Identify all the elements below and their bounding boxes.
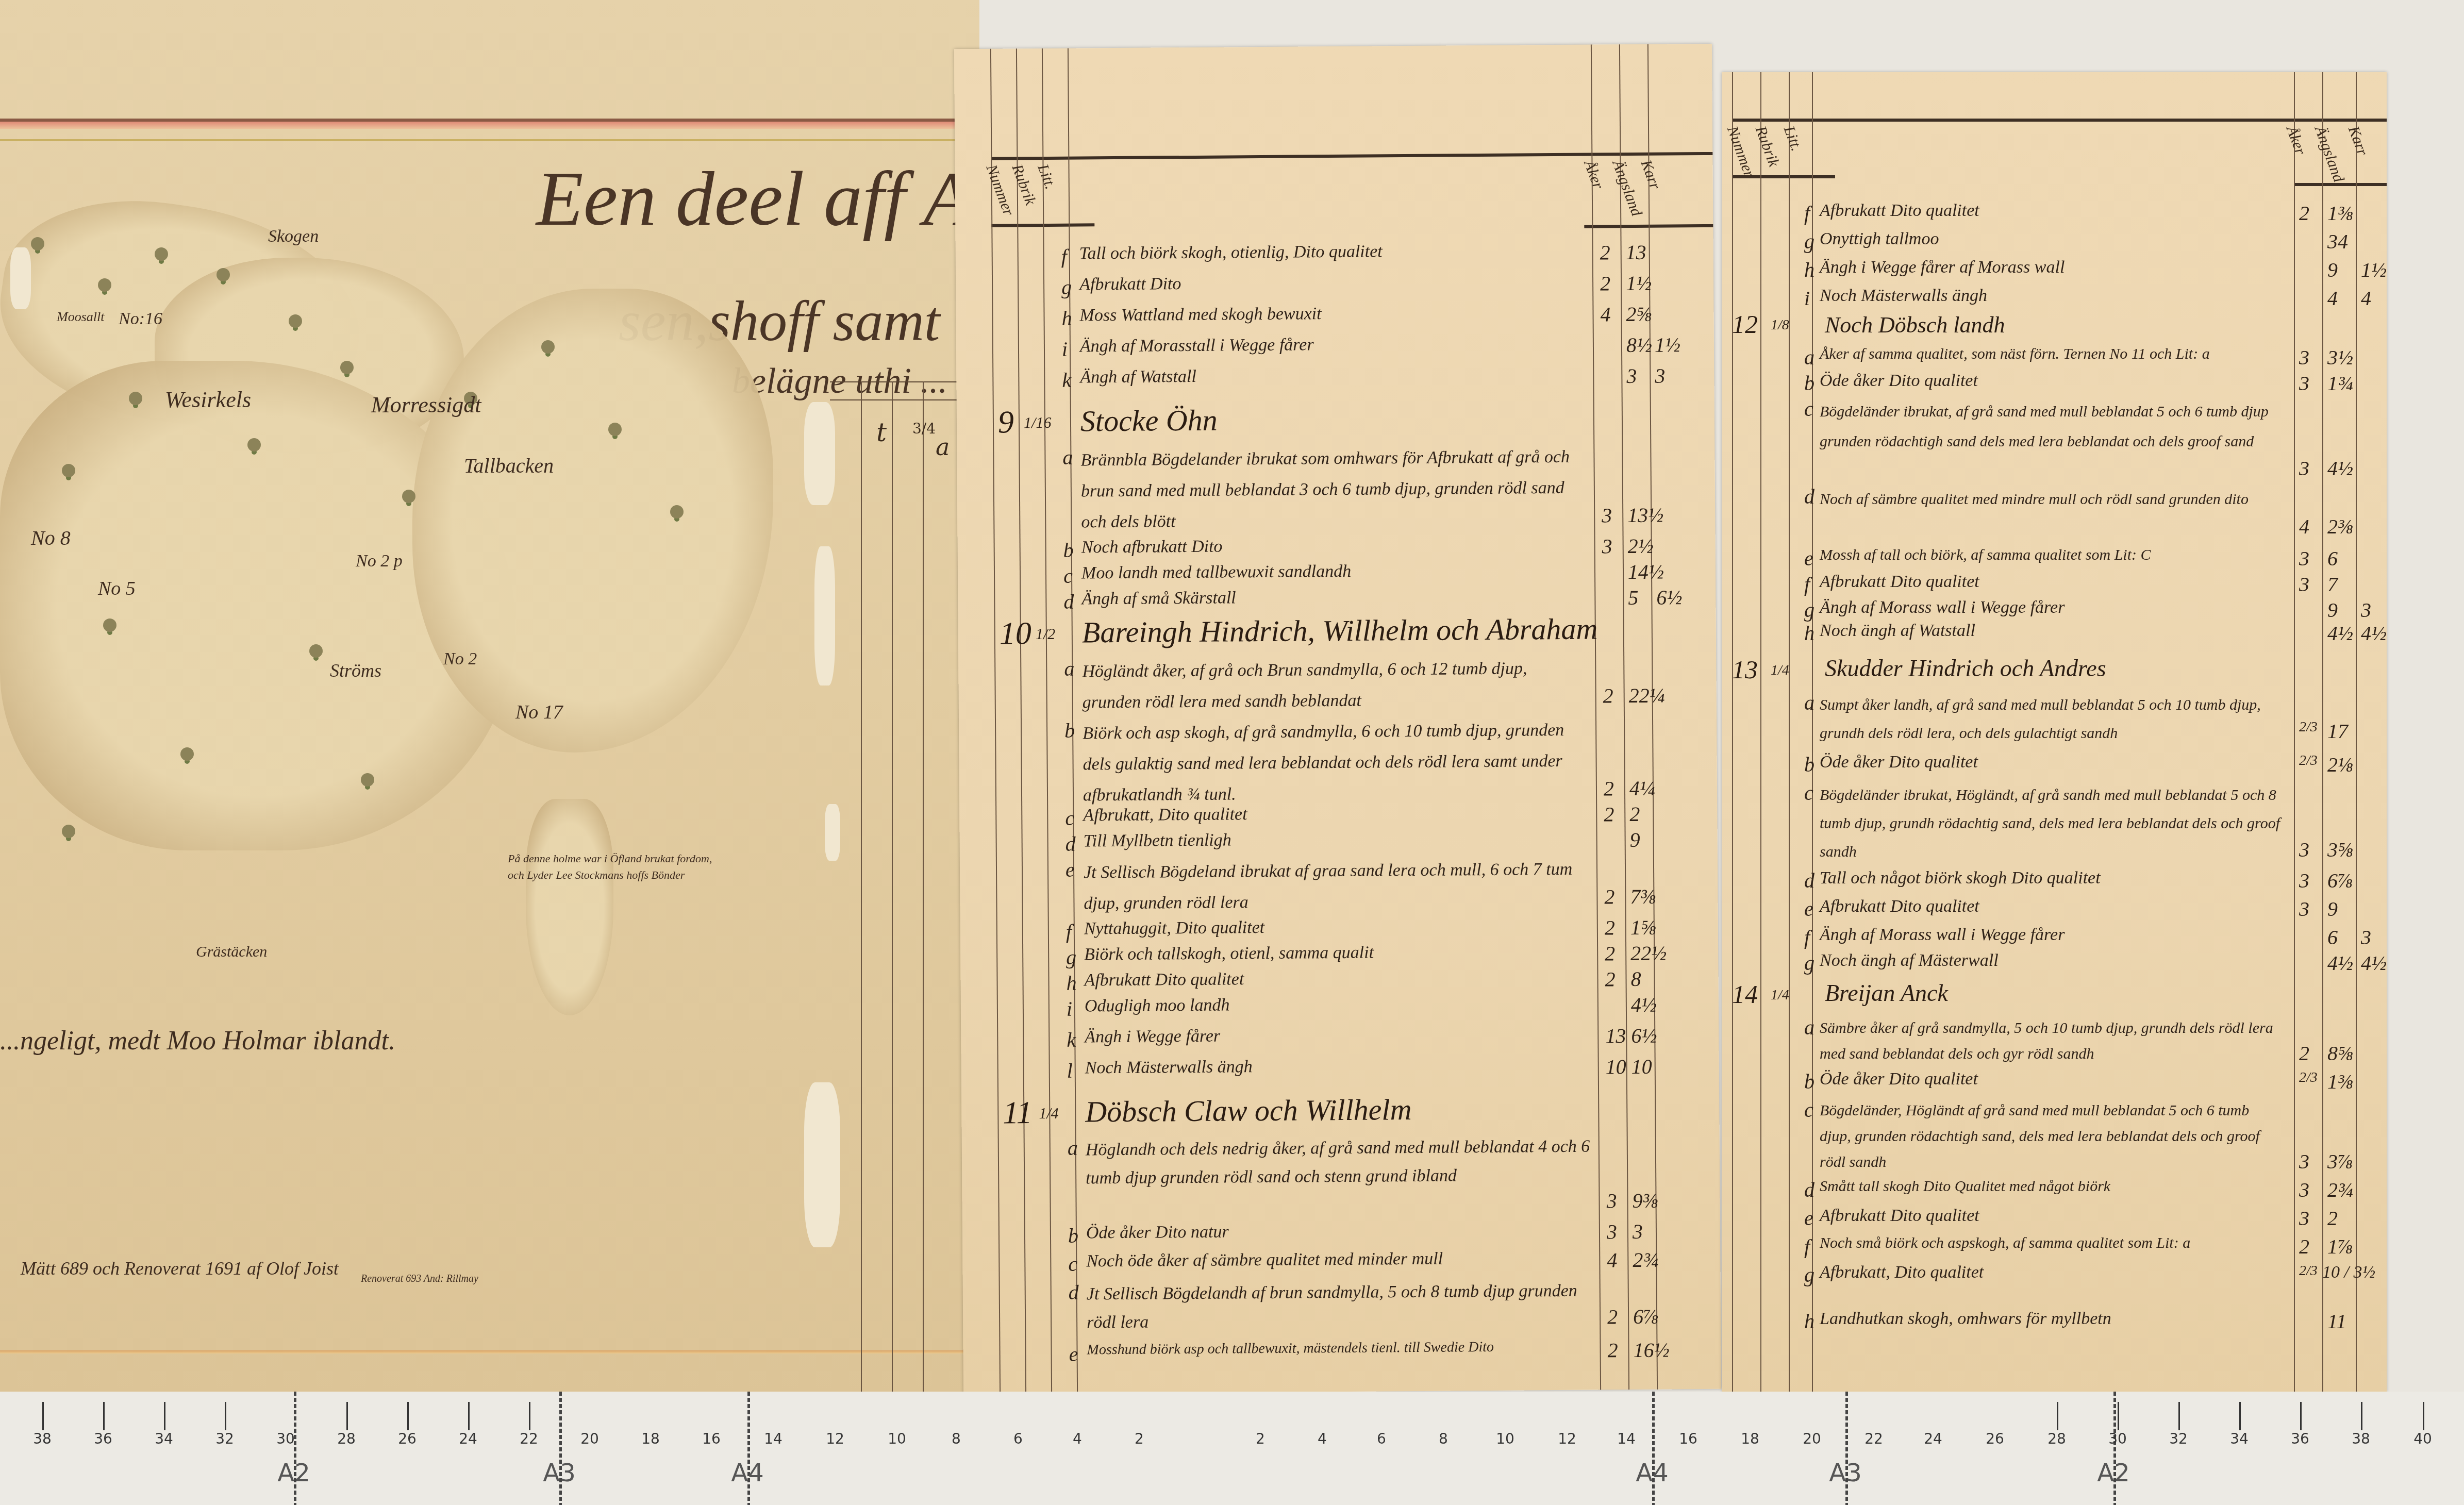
column-line [1042, 48, 1052, 1394]
ruler-number: 32 [2169, 1430, 2188, 1447]
column-header: Ängsland [2311, 124, 2348, 185]
ruler-format-mark [559, 1392, 562, 1505]
ruler-tick [2178, 1402, 2180, 1430]
tree-icon [62, 464, 75, 477]
column-header: Litt. [1034, 162, 1059, 192]
map-label: No:16 [119, 309, 162, 329]
map-sheet: Een deel aff Aust... sen,shoff samt G...… [0, 0, 979, 1392]
map-label: Grästäcken [196, 943, 267, 961]
ruler-number: 12 [1558, 1430, 1576, 1447]
paper-tear [804, 1082, 840, 1247]
ruler-number: 2 [1256, 1430, 1265, 1447]
ruler-tick [407, 1402, 409, 1430]
ruler-tick [225, 1402, 226, 1430]
ruler-number: 4 [1318, 1430, 1327, 1447]
tree-icon [129, 392, 142, 405]
ruler-tick [2057, 1402, 2058, 1430]
column-header: Litt. [1780, 124, 1805, 154]
ruler-number: 38 [33, 1430, 52, 1447]
ruler-tick [529, 1402, 530, 1430]
ruler-number: 22 [520, 1430, 538, 1447]
ledger-sheet-right: Nummer Rubrik Litt. Åker Ängsland Karr f… [1722, 72, 2387, 1392]
column-header: Karr [2344, 124, 2371, 158]
ledger-sheet-left: Nummer Rubrik Litt. Åker Ängsland Karr f… [954, 44, 1721, 1394]
ruler-format-mark [294, 1392, 296, 1505]
parcel-fraction: 1/2 [1036, 626, 1056, 643]
tree-icon [402, 490, 415, 503]
ruler-number: 14 [764, 1430, 783, 1447]
map-label: Morressigdt [371, 392, 481, 418]
map-label: No 17 [515, 701, 563, 724]
ruler-number: 16 [1679, 1430, 1697, 1447]
header-rule [991, 152, 1712, 160]
column-line [1732, 72, 1733, 1392]
ruler-number: 40 [2413, 1430, 2432, 1447]
ruler-tick [103, 1402, 105, 1430]
column-line [2294, 72, 2295, 1392]
ruler-tick [2300, 1402, 2302, 1430]
ruler-number: 32 [215, 1430, 234, 1447]
tree-icon [340, 361, 354, 374]
parcel-fraction: 1/4 [1771, 662, 1789, 679]
tree-icon [62, 825, 75, 838]
map-label: No 5 [98, 577, 136, 600]
ruler-format-mark [2113, 1392, 2116, 1505]
owner-name: Stocke Öhn [1080, 403, 1218, 439]
column-header: Åker [2283, 124, 2309, 157]
tree-icon [541, 340, 555, 354]
ruler-tick [2423, 1402, 2424, 1430]
header-rule [1732, 119, 2387, 122]
inset-fraction: 3/4 [912, 420, 936, 437]
scanner-ruler: 38 36 34 32 30 28 26 24 22 20 18 16 14 1… [0, 1392, 2464, 1505]
ruler-number: 28 [337, 1430, 356, 1447]
column-line [1647, 44, 1658, 1390]
ruler-number: 34 [2230, 1430, 2249, 1447]
map-label: Moosallt [57, 309, 104, 325]
ruler-format-label: A3 [1829, 1459, 1861, 1487]
map-label: Skogen [268, 227, 319, 246]
owner-name: Skudder Hindrich och Andres [1825, 655, 2106, 682]
ruler-number: 2 [1135, 1430, 1144, 1447]
column-header: Karr [1637, 158, 1664, 192]
map-signature-note: Renoverat 693 And: Rillmay [361, 1273, 478, 1285]
inset-table-rule [830, 399, 974, 400]
parcel-fraction: 1/16 [1024, 414, 1052, 432]
ruler-number: 20 [1803, 1430, 1821, 1447]
ruler-number: 4 [1073, 1430, 1082, 1447]
inset-letter: a [936, 433, 950, 461]
ruler-number: 38 [2352, 1430, 2370, 1447]
ruler-number: 24 [459, 1430, 477, 1447]
ruler-number: 8 [952, 1430, 961, 1447]
map-annotation: På denne holme war i Öfland brukat fordo… [508, 850, 724, 883]
ruler-number: 28 [2047, 1430, 2066, 1447]
owner-name: Breijan Anck [1825, 979, 1948, 1007]
map-land-east [412, 289, 773, 752]
ruler-number: 36 [94, 1430, 112, 1447]
ruler-number: 30 [276, 1430, 295, 1447]
ruler-number: 6 [1377, 1430, 1386, 1447]
tree-icon [670, 505, 684, 519]
ruler-number: 24 [1924, 1430, 1942, 1447]
tree-icon [217, 268, 230, 281]
tree-icon [361, 773, 374, 787]
parcel-number: 12 [1732, 309, 1758, 339]
column-line [1016, 48, 1026, 1394]
ruler-number: 14 [1617, 1430, 1636, 1447]
paper-tear [10, 247, 31, 309]
tree-icon [98, 278, 111, 292]
ruler-format-label: A2 [277, 1459, 310, 1487]
tree-icon [247, 438, 261, 451]
ruler-number: 22 [1864, 1430, 1883, 1447]
map-land-spit [526, 799, 613, 1015]
ruler-number: 34 [155, 1430, 173, 1447]
map-border-red [0, 122, 979, 129]
ruler-number: 6 [1013, 1430, 1023, 1447]
map-label: No 2 p [356, 551, 403, 571]
parcel-number: 9 [998, 404, 1014, 441]
column-line [1760, 72, 1761, 1392]
ruler-number: 36 [2291, 1430, 2309, 1447]
ruler-format-label: A4 [731, 1459, 763, 1487]
inset-table-rule [830, 381, 974, 382]
tree-icon [608, 423, 622, 436]
ruler-tick [346, 1402, 348, 1430]
ruler-tick [468, 1402, 470, 1430]
inset-letter: t [876, 417, 887, 447]
column-line [1789, 72, 1790, 1392]
ruler-number: 26 [398, 1430, 417, 1447]
owner-name: Döbsch Claw och Willhelm [1085, 1092, 1412, 1129]
tree-icon [289, 314, 302, 328]
ruler-format-mark [1652, 1392, 1655, 1505]
tree-icon [309, 644, 323, 658]
owner-name: Bareingh Hindrich, Willhelm och Abraham [1082, 611, 1598, 649]
ruler-number: 16 [702, 1430, 721, 1447]
tree-icon [155, 247, 168, 261]
map-label: Wesirkels [165, 387, 251, 413]
inset-table-line [892, 381, 893, 1392]
parcel-fraction: 1/4 [1771, 987, 1789, 1004]
ruler-tick [2361, 1402, 2362, 1430]
ruler-format-mark [1845, 1392, 1848, 1505]
ruler-number: 30 [2108, 1430, 2127, 1447]
ruler-number: 18 [1741, 1430, 1759, 1447]
tree-icon [180, 747, 194, 761]
ruler-number: 20 [580, 1430, 599, 1447]
paper-tear [804, 402, 835, 505]
ruler-number: 12 [826, 1430, 844, 1447]
map-border-yellow [0, 139, 979, 141]
parcel-number: 13 [1732, 655, 1758, 684]
map-lower-text: ...ngeligt, medt Moo Holmar iblandt. [0, 1026, 395, 1056]
map-label: No 8 [31, 526, 71, 550]
paper-tear [814, 546, 835, 685]
parcel-fraction: 1/4 [1039, 1105, 1059, 1123]
parcel-number: 11 [1003, 1095, 1033, 1131]
paper-tear [825, 804, 840, 861]
column-line [990, 49, 1001, 1394]
ruler-number: 18 [641, 1430, 660, 1447]
column-line [2356, 72, 2357, 1392]
map-signature: Mätt 689 och Renoverat 1691 af Olof Jois… [21, 1258, 339, 1279]
ruler-number: 8 [1439, 1430, 1448, 1447]
ruler-tick [42, 1402, 44, 1430]
column-header: Åker [1580, 158, 1607, 191]
map-label: Ströms [330, 660, 381, 681]
ruler-tick [2239, 1402, 2241, 1430]
ruler-number: 10 [888, 1430, 906, 1447]
ruler-format-label: A2 [2097, 1459, 2129, 1487]
column-header: Rubrik [1752, 124, 1783, 169]
ruler-format-label: A3 [543, 1459, 575, 1487]
tree-icon [31, 237, 44, 250]
header-rule [2294, 183, 2387, 186]
ruler-format-mark [747, 1392, 750, 1505]
map-border-bottom [0, 1350, 979, 1353]
ruler-tick [164, 1402, 165, 1430]
ruler-number: 26 [1986, 1430, 2004, 1447]
inset-table-line [923, 381, 924, 1392]
inset-table-line [861, 381, 862, 1392]
tree-icon [103, 618, 116, 632]
ruler-number: 10 [1496, 1430, 1514, 1447]
parcel-number: 14 [1732, 979, 1758, 1009]
column-line [2322, 72, 2323, 1392]
map-label: No 2 [443, 649, 477, 669]
owner-name: Noch Döbsch landh [1825, 312, 2005, 338]
ruler-format-label: A4 [1636, 1459, 1668, 1487]
map-label: Tallbacken [464, 454, 554, 478]
parcel-fraction: 1/8 [1771, 317, 1789, 333]
ruler-tick [2118, 1402, 2119, 1430]
parcel-number: 10 [1000, 615, 1031, 652]
